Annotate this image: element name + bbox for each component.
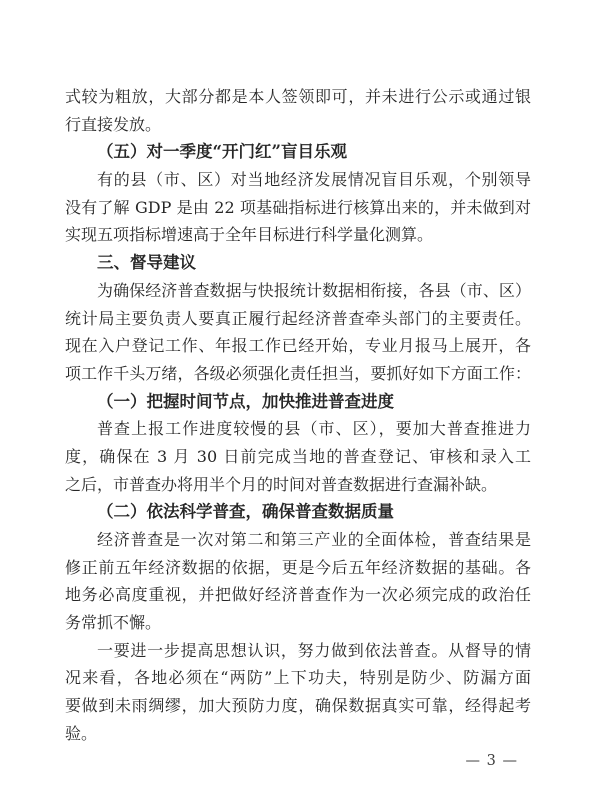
text-line: 度，确保在 3 月 30 日前完成当地的普查登记、审核和录入工作。 — [65, 443, 531, 471]
section-heading: 三、督导建议 — [65, 249, 531, 277]
text-line: 要做到未雨绸缪，加大预防力度，确保数据真实可靠，经得起考 — [65, 692, 531, 720]
text-line: 一要进一步提高思想认识，努力做到依法普查。从督导的情 — [65, 637, 531, 665]
text-line: 经济普查是一次对第二和第三产业的全面体检，普查结果是 — [65, 526, 531, 554]
text-line: 况来看，各地必须在“两防”上下功夫，特别是防少、防漏方面 — [65, 664, 531, 692]
text-line: 为确保经济普查数据与快报统计数据相衔接，各县（市、区） — [65, 277, 531, 305]
text-line: 修正前五年经济数据的依据，更是今后五年经济数据的基础。各 — [65, 554, 531, 582]
text-line: 验。 — [65, 720, 531, 748]
text-line: 式较为粗放，大部分都是本人签领即可，并未进行公示或通过银 — [65, 83, 531, 111]
text-line: 地务必高度重视，并把做好经济普查作为一次必须完成的政治任 — [65, 581, 531, 609]
section-heading: （五）对一季度“开门红”盲目乐观 — [65, 138, 531, 166]
text-line: 行直接发放。 — [65, 111, 531, 139]
text-line: 统计局主要负责人要真正履行起经济普查牵头部门的主要责任。 — [65, 305, 531, 333]
text-line: 项工作千头万绪，各级必须强化责任担当，要抓好如下方面工作： — [65, 360, 531, 388]
text-line: 实现五项指标增速高于全年目标进行科学量化测算。 — [65, 221, 531, 249]
section-heading: （一）把握时间节点，加快推进普查进度 — [65, 388, 531, 416]
section-heading: （二）依法科学普查，确保普查数据质量 — [65, 498, 531, 526]
text-line: 有的县（市、区）对当地经济发展情况盲目乐观，个别领导 — [65, 166, 531, 194]
text-line: 普查上报工作进度较慢的县（市、区），要加大普查推进力 — [65, 415, 531, 443]
text-line: 现在入户登记工作、年报工作已经开始，专业月报马上展开，各 — [65, 332, 531, 360]
page-number: — 3 — — [466, 753, 518, 769]
text-line: 之后，市普查办将用半个月的时间对普查数据进行查漏补缺。 — [65, 471, 531, 499]
text-line: 没有了解 GDP 是由 22 项基础指标进行核算出来的，并未做到对 — [65, 194, 531, 222]
document-page: 式较为粗放，大部分都是本人签领即可，并未进行公示或通过银 行直接发放。 （五）对… — [0, 0, 596, 807]
text-line: 务常抓不懈。 — [65, 609, 531, 637]
document-body: 式较为粗放，大部分都是本人签领即可，并未进行公示或通过银 行直接发放。 （五）对… — [65, 83, 531, 748]
